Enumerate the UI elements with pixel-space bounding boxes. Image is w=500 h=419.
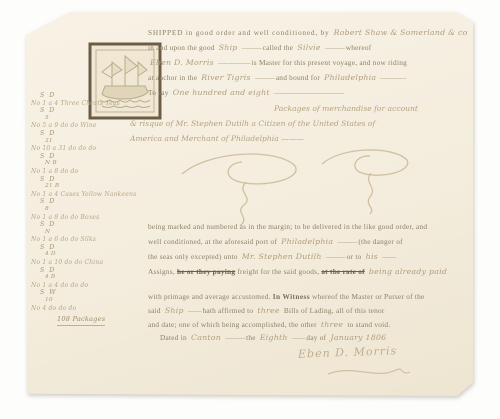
margin-mark: S D — [40, 267, 153, 275]
ink-flourish-left — [176, 148, 306, 230]
printed-text: or to — [347, 252, 362, 261]
blank-rule: ——— — [242, 43, 261, 52]
printed-gothic-text: In Witness — [273, 292, 310, 301]
margin-entry: S D8No 1 a 8 do do Boxes — [31, 198, 153, 221]
ink-flourish-right — [316, 144, 416, 216]
margin-entry: S DN BNo 1 a 8 do do — [31, 153, 153, 176]
blank-rule: ——— — [325, 43, 344, 52]
master-signature: Eben D. Morris — [298, 344, 398, 360]
handwritten-vessel-type: Ship — [217, 43, 240, 52]
margin-item: No 1 a 8 do do — [31, 168, 153, 176]
handwritten-consignee: Mr. Stephen Dutilh — [240, 252, 324, 261]
margin-mark: S D — [40, 221, 153, 229]
handwritten-master-name: Eben D. Morris — [148, 58, 216, 67]
handwritten-anchorage: River Tigris — [199, 73, 253, 82]
handwritten-day: Eighth — [258, 333, 290, 342]
margin-item: No 4 do do do — [31, 305, 153, 313]
body-line-4: Assigns, he or they paying freight for t… — [148, 267, 449, 276]
printed-line-4: at anchor in the River Tigris ——— and bo… — [148, 73, 406, 82]
handwritten-text: Ship — [163, 306, 186, 315]
handwritten-ship-name: Silvie — [295, 43, 322, 52]
printed-text: and date; one of which being accomplishe… — [148, 320, 317, 329]
printed-text: at anchor in the — [148, 73, 197, 82]
margin-item: No 1 a 6 do do Silks — [31, 236, 153, 244]
printed-text: SHIPPED in good order and well condition… — [148, 28, 330, 37]
handwritten-date: January 1806 — [328, 333, 388, 342]
printed-text: To say — [148, 88, 169, 97]
printed-text: day of — [306, 333, 326, 342]
printed-line-5: To say One hundred and eight ——————————— — [148, 88, 343, 97]
body-line-3: the seas only excepted) unto Mr. Stephen… — [148, 252, 395, 261]
margin-item: No 1 a 4 Three Chests Teas — [31, 100, 153, 108]
document-paper: S DNo 1 a 4 Three Chests TeasS D5No 5 a … — [26, 12, 473, 396]
signature-flourish — [326, 362, 416, 382]
consignment-line-2: & risque of Mr. Stephen Dutilh a Citizen… — [130, 119, 375, 128]
printed-text: whereof the Master or Purser of the — [312, 292, 425, 301]
blank-rule: ——— — [255, 73, 274, 82]
witness-line-3: and date; one of which being accomplishe… — [148, 320, 390, 329]
printed-text: Bills of Lading, all of this tenor — [284, 306, 385, 315]
blank-rule: ————— — [218, 58, 249, 67]
margin-total: 108 Packages — [57, 316, 105, 326]
handwritten-port: Philadelphia — [279, 237, 335, 246]
margin-item: No 1 a 4 do do do — [31, 282, 153, 290]
blank-rule: ——— — [337, 237, 356, 246]
margin-mark: S W — [40, 289, 153, 297]
blank-rule: ——— — [326, 252, 345, 261]
printed-line-2: in and upon the good Ship ——— called the… — [148, 43, 371, 52]
printed-text: is Master for this present voyage, and n… — [252, 58, 408, 67]
printed-text: the seas only excepted) unto — [148, 252, 238, 261]
bill-of-lading-sheet: S DNo 1 a 4 Three Chests TeasS D5No 5 a … — [26, 12, 473, 396]
printed-text: with primage and average accustomed. — [148, 292, 271, 301]
margin-item: No 1 a 10 do do China — [31, 259, 153, 267]
printed-text: in and upon the good — [148, 43, 215, 52]
printed-text: Dated in — [160, 333, 187, 342]
consignment-line-3: America and Merchant of Philadelphia ——— — [130, 134, 304, 143]
blank-rule: ———— — [380, 73, 405, 82]
handwritten-shipper: Robert Shaw & Somerland & co — [332, 28, 470, 37]
margin-mark-number: 10 — [45, 297, 153, 305]
scan-background: S DNo 1 a 4 Three Chests TeasS D5No 5 a … — [0, 0, 500, 419]
printed-line-1: SHIPPED in good order and well condition… — [148, 28, 470, 37]
handwritten-bill-count: three — [255, 306, 281, 315]
printed-text: freight for the said goods, — [237, 267, 319, 276]
margin-mark-number: N — [45, 229, 153, 237]
margin-mark: S D — [40, 107, 153, 115]
handwritten-text: his — [364, 252, 380, 261]
margin-entry: S DNNo 1 a 6 do do Silks — [31, 221, 153, 244]
body-line-1: being marked and numbered as in the marg… — [148, 222, 427, 231]
printed-text: hath affirmed to — [202, 306, 253, 315]
blank-rule: ——————————— — [274, 88, 343, 97]
margin-mark-number: N B — [45, 160, 153, 168]
margin-mark: S D — [40, 198, 153, 206]
handwritten-text: three — [319, 320, 345, 329]
dated-line: Dated in Canton ——— the Eighth —— day of… — [160, 333, 388, 342]
margin-entry: S D21 BNo 1 a 4 Cases Yellow Nankeens — [31, 176, 153, 199]
printed-text: being marked and numbered as in the marg… — [148, 222, 427, 231]
printed-text: (the danger of — [358, 237, 402, 246]
printed-line-3: Eben D. Morris ————— is Master for this … — [148, 58, 407, 67]
margin-mark-number: 21 B — [45, 183, 153, 191]
printed-text: well conditioned, at the aforesaid port … — [148, 237, 277, 246]
margin-entry: S W10No 4 do do do — [31, 289, 153, 312]
body-line-2: well conditioned, at the aforesaid port … — [148, 237, 403, 246]
handwritten-destination: Philadelphia — [322, 73, 378, 82]
margin-mark: S D — [40, 92, 153, 100]
margin-mark: S D — [40, 244, 153, 252]
printed-text: the — [246, 333, 256, 342]
margin-mark-number: 8 — [45, 206, 153, 214]
margin-entry: S D4 BNo 1 a 4 do do do — [31, 267, 153, 290]
blank-rule: —— — [382, 252, 395, 261]
margin-entry: S DNo 1 a 4 Three Chests Teas — [31, 92, 153, 107]
printed-text: called the — [263, 43, 294, 52]
margin-entry: S D4 DNo 1 a 10 do do China — [31, 244, 153, 267]
blank-rule: —— — [188, 306, 201, 315]
struck-text: he or they paying — [177, 267, 235, 276]
struck-text: at the rate of — [321, 267, 364, 276]
margin-item: No 1 a 4 Cases Yellow Nankeens — [31, 191, 153, 199]
witness-line-2: said Ship —— hath affirmed to three Bill… — [148, 306, 385, 315]
blank-rule: ——— — [225, 333, 244, 342]
witness-line-1: with primage and average accustomed. In … — [148, 292, 425, 301]
margin-item: No 1 a 8 do do Boxes — [31, 214, 153, 222]
printed-text: and bound for — [276, 73, 320, 82]
handwritten-place: Canton — [189, 333, 223, 342]
printed-text: Assigns, — [148, 267, 175, 276]
margin-mark: S D — [40, 176, 153, 184]
margin-mark-number: 4 D — [45, 251, 153, 259]
printed-text: said — [148, 306, 161, 315]
margin-mark-number: 4 B — [45, 274, 153, 282]
printed-text: whereof — [346, 43, 372, 52]
blank-rule: —— — [292, 333, 305, 342]
handwritten-freight-note: being already paid — [367, 267, 449, 276]
margin-mark: S D — [40, 153, 153, 161]
margin-item: No 10 a 31 do do do — [31, 145, 153, 153]
printed-text: to stand void. — [347, 320, 390, 329]
consignment-line-1: Packages of merchandise for account — [274, 104, 418, 113]
handwritten-quantity: One hundred and eight — [171, 88, 272, 97]
